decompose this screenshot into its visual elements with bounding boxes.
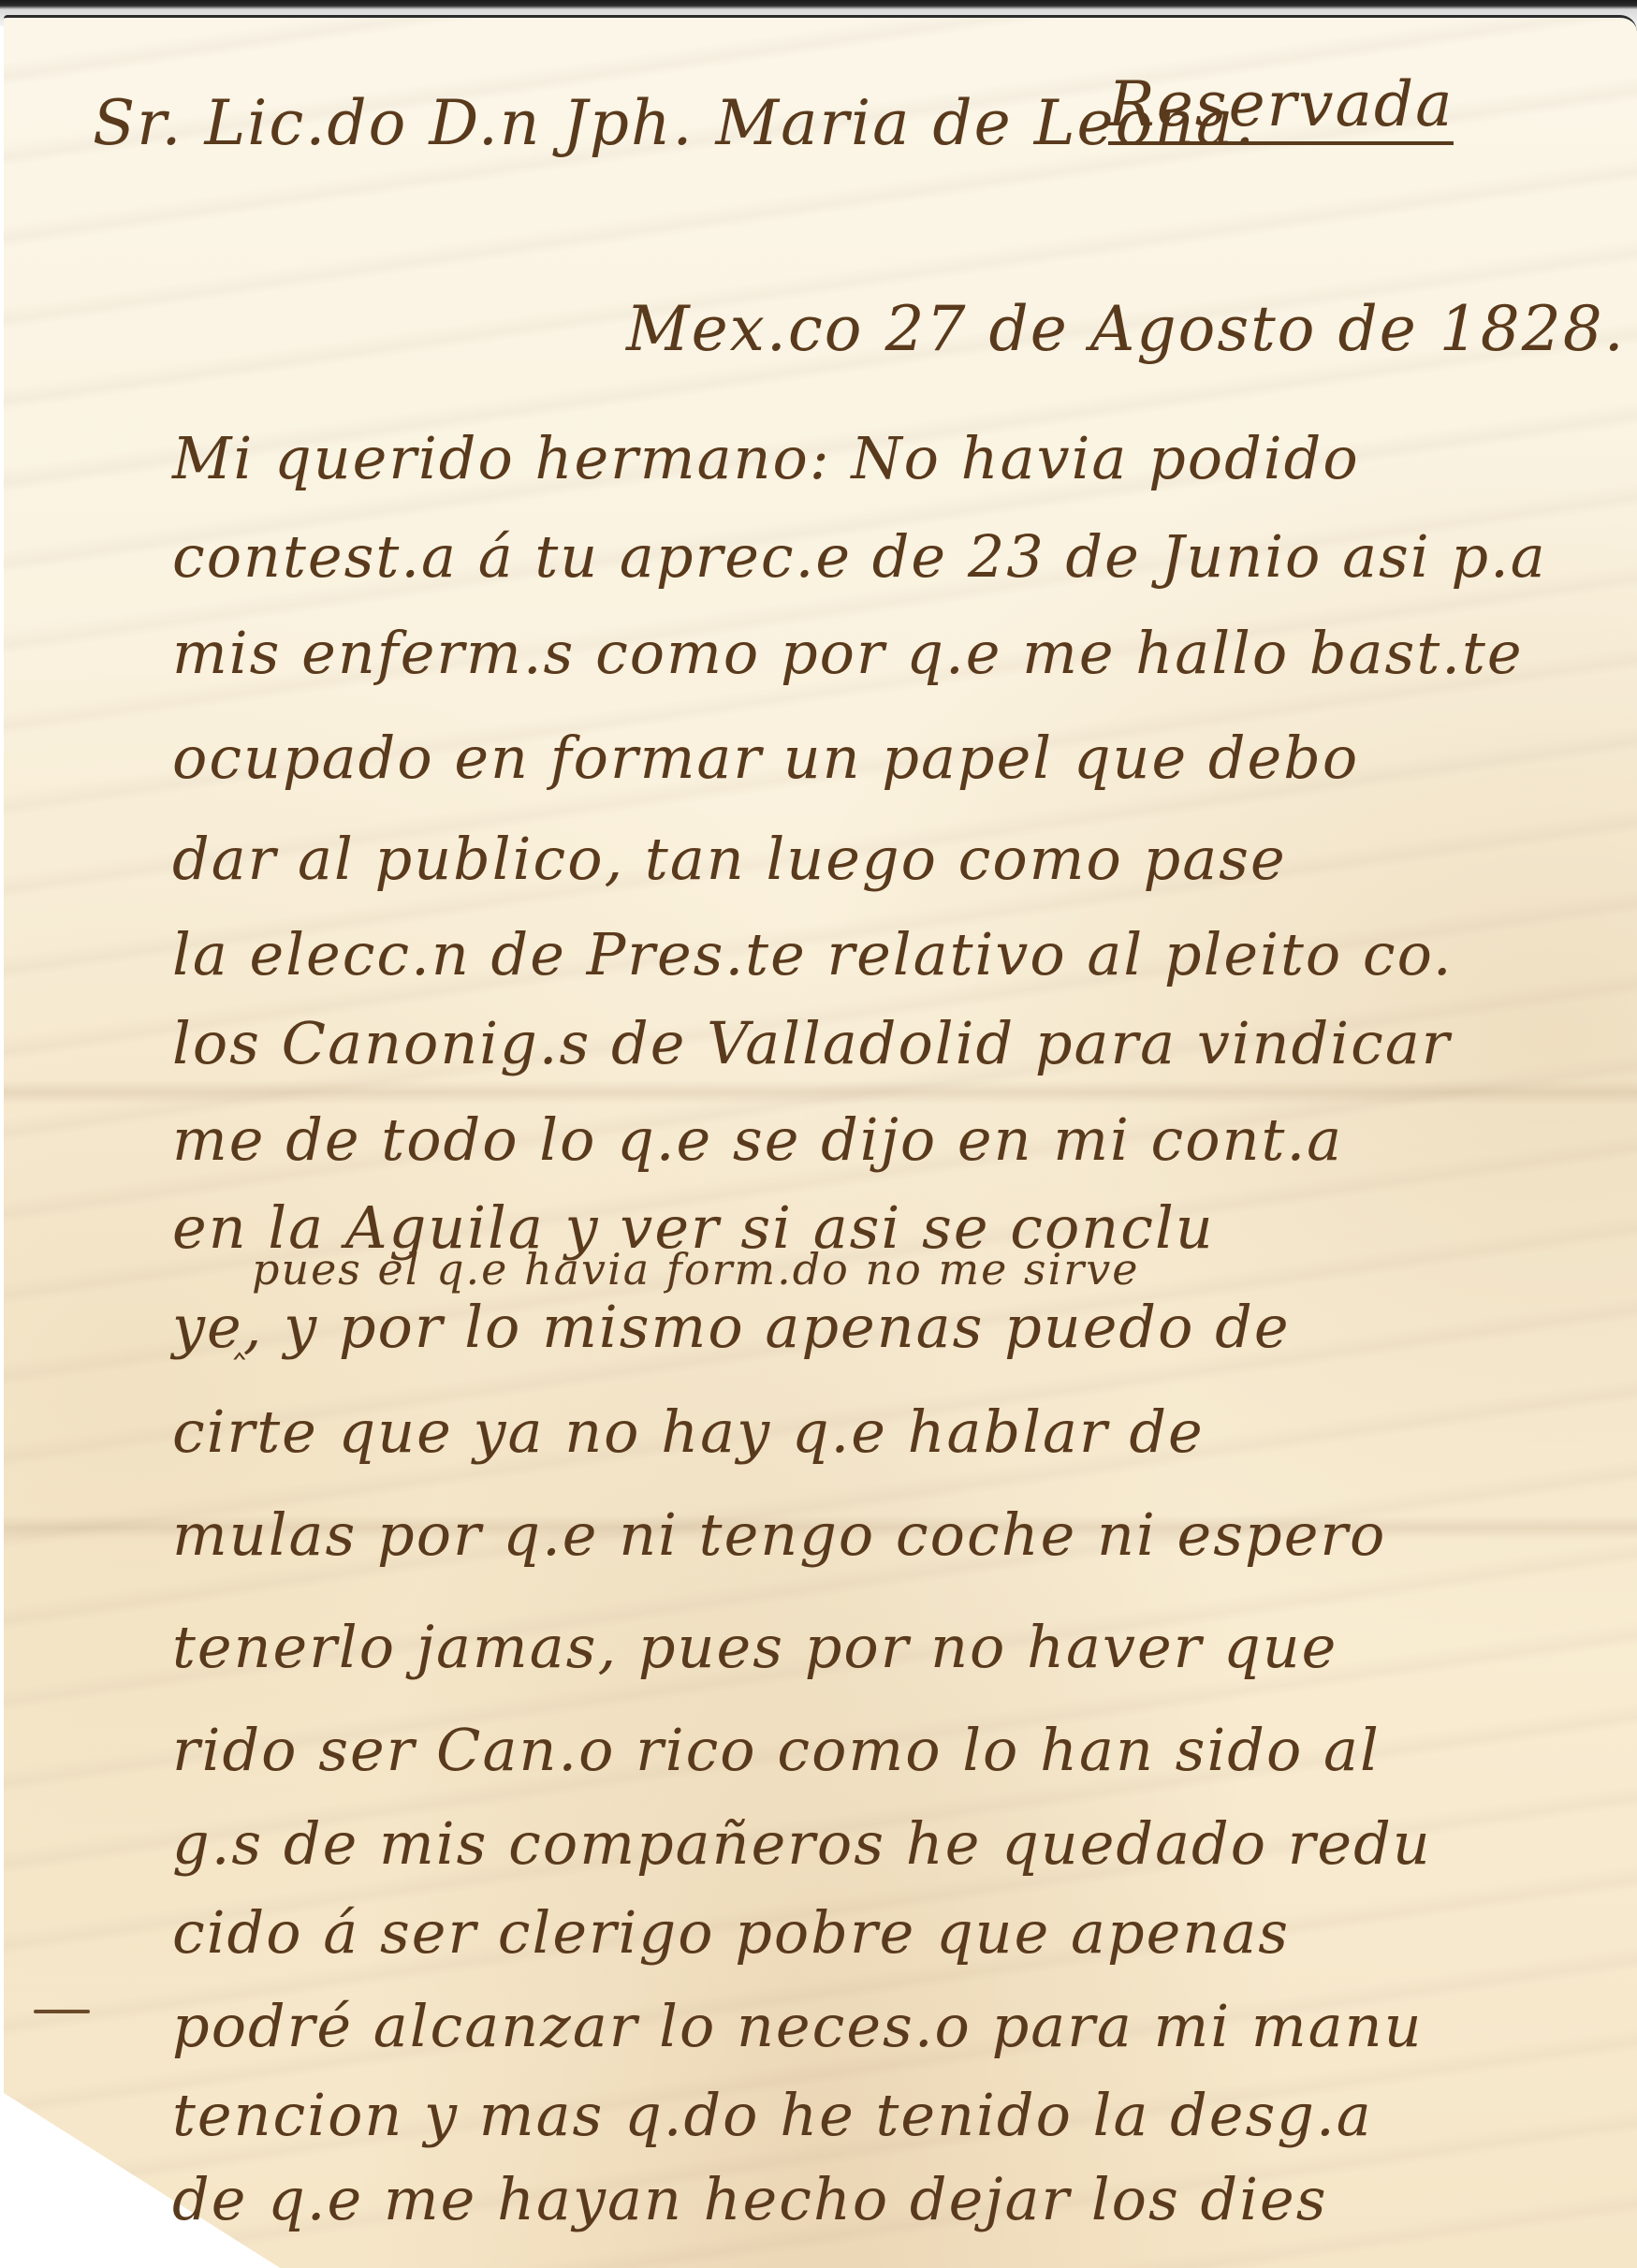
body-line: tencion y mas q.do he tenido la desg.a bbox=[172, 2086, 1373, 2144]
body-line: mulas por q.e ni tengo coche ni espero bbox=[172, 1506, 1386, 1564]
date-line: Mex.co 27 de Agosto de 1828. bbox=[626, 299, 1626, 360]
margin-dash-mark bbox=[34, 2010, 90, 2013]
letter-page: Sr. Lic.do D.n Jph. Maria de Leona. Rese… bbox=[4, 15, 1637, 2268]
body-line: Mi querido hermano: No havia podido bbox=[172, 430, 1360, 488]
body-line: dar al publico, tan luego como pase bbox=[172, 830, 1287, 888]
body-line: g.s de mis compañeros he quedado redu bbox=[172, 1815, 1432, 1873]
fold-crease bbox=[4, 1080, 1637, 1105]
body-line: la elecc.n de Pres.te relativo al pleito… bbox=[172, 926, 1454, 984]
body-line: cirte que ya no hay q.e hablar de bbox=[172, 1403, 1205, 1461]
body-line: de q.e me hayan hecho dejar los dies bbox=[172, 2171, 1328, 2229]
body-line: contest.a á tu aprec.e de 23 de Junio as… bbox=[172, 528, 1547, 586]
body-line: podré alcanzar lo neces.o para mi manu bbox=[172, 1997, 1424, 2056]
body-line: los Canonig.s de Valladolid para vindica… bbox=[172, 1015, 1451, 1073]
body-line: tenerlo jamas, pues por no haver que bbox=[172, 1618, 1337, 1676]
body-line: rido ser Can.o rico como lo han sido al bbox=[172, 1721, 1381, 1779]
body-line: me de todo lo q.e se dijo en mi cont.a bbox=[172, 1111, 1343, 1169]
body-line: mis enferm.s como por q.e me hallo bast.… bbox=[172, 624, 1524, 682]
body-line: ye, y por lo mismo apenas puedo de bbox=[172, 1298, 1291, 1356]
classification-mark: Reservada bbox=[1108, 74, 1454, 145]
body-line: cido á ser clerigo pobre que apenas bbox=[172, 1904, 1290, 1962]
addressee-line: Sr. Lic.do D.n Jph. Maria de Leona. bbox=[93, 93, 1256, 154]
body-line: ocupado en formar un papel que debo bbox=[172, 729, 1359, 787]
interlinear-insertion: pues el q.e havia form.do no me sirve bbox=[252, 1244, 1139, 1295]
